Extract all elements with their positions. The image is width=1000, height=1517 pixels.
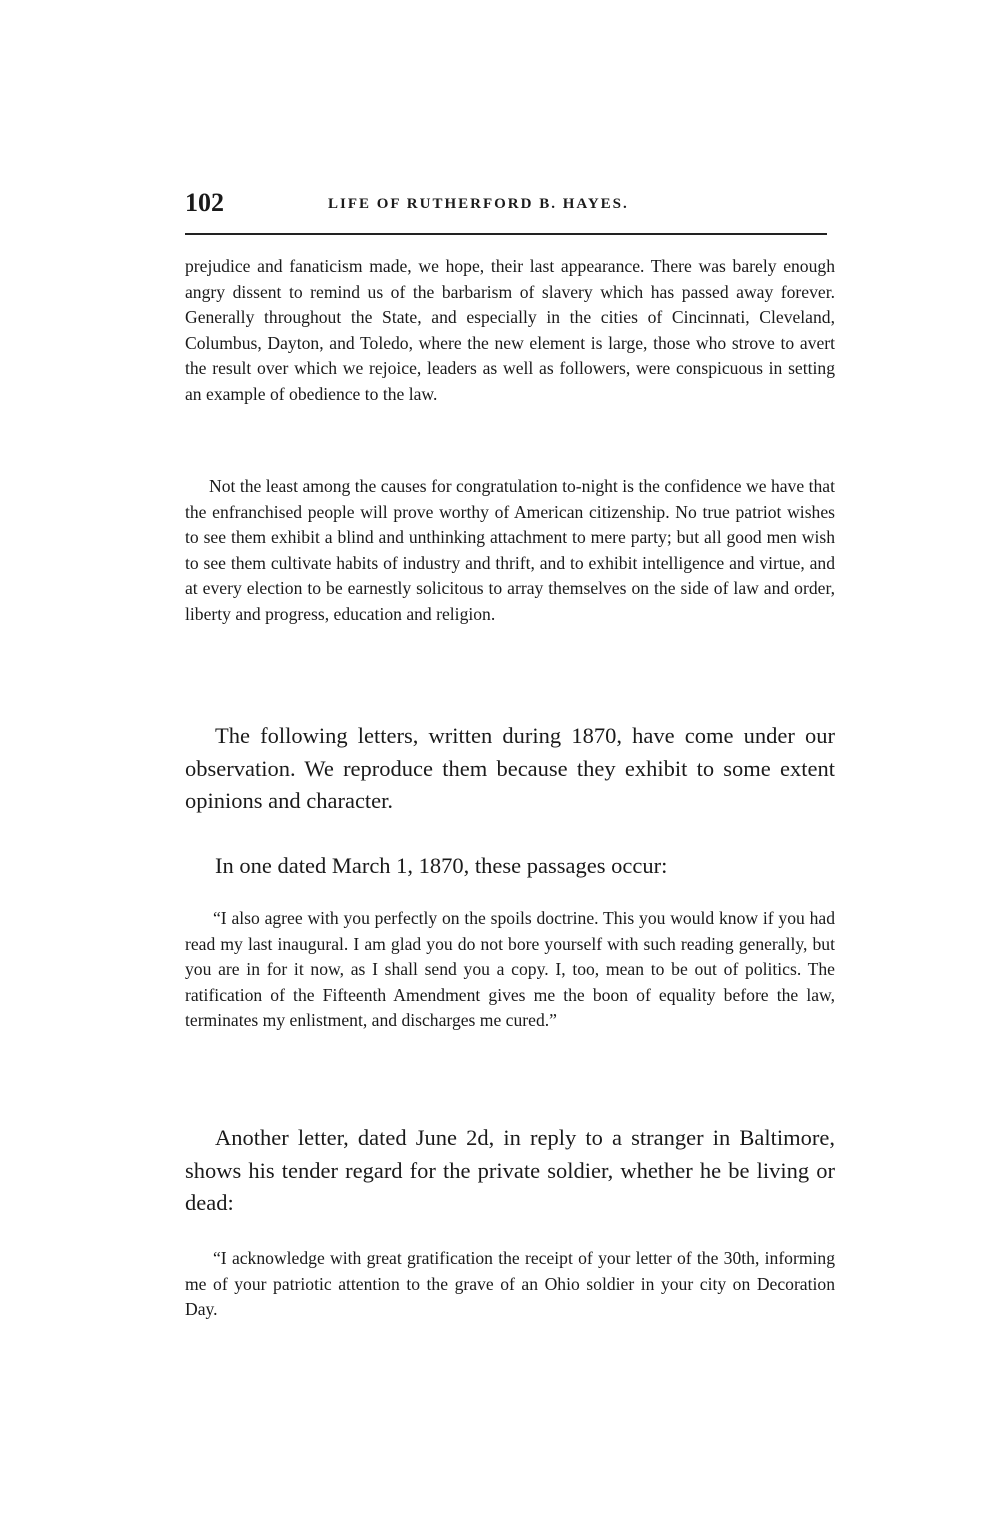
paragraph-continuation: prejudice and fanaticism made, we hope, … [185,254,835,408]
page-header: 102 LIFE OF RUTHERFORD B. HAYES. [185,188,835,224]
paragraph-june-letter: Another letter, dated June 2d, in reply … [185,1122,835,1220]
running-head: LIFE OF RUTHERFORD B. HAYES. [328,196,629,213]
paragraph-march-letter: In one dated March 1, 1870, these passag… [185,850,835,883]
page-number: 102 [185,188,224,218]
header-rule [185,233,827,235]
paragraph-letters-intro: The following letters, written during 18… [185,720,835,818]
quote-march-letter: “I also agree with you perfectly on the … [185,906,835,1034]
quote-june-letter: “I acknowledge with great gratification … [185,1246,835,1323]
paragraph-congratulation: Not the least among the causes for congr… [185,474,835,628]
